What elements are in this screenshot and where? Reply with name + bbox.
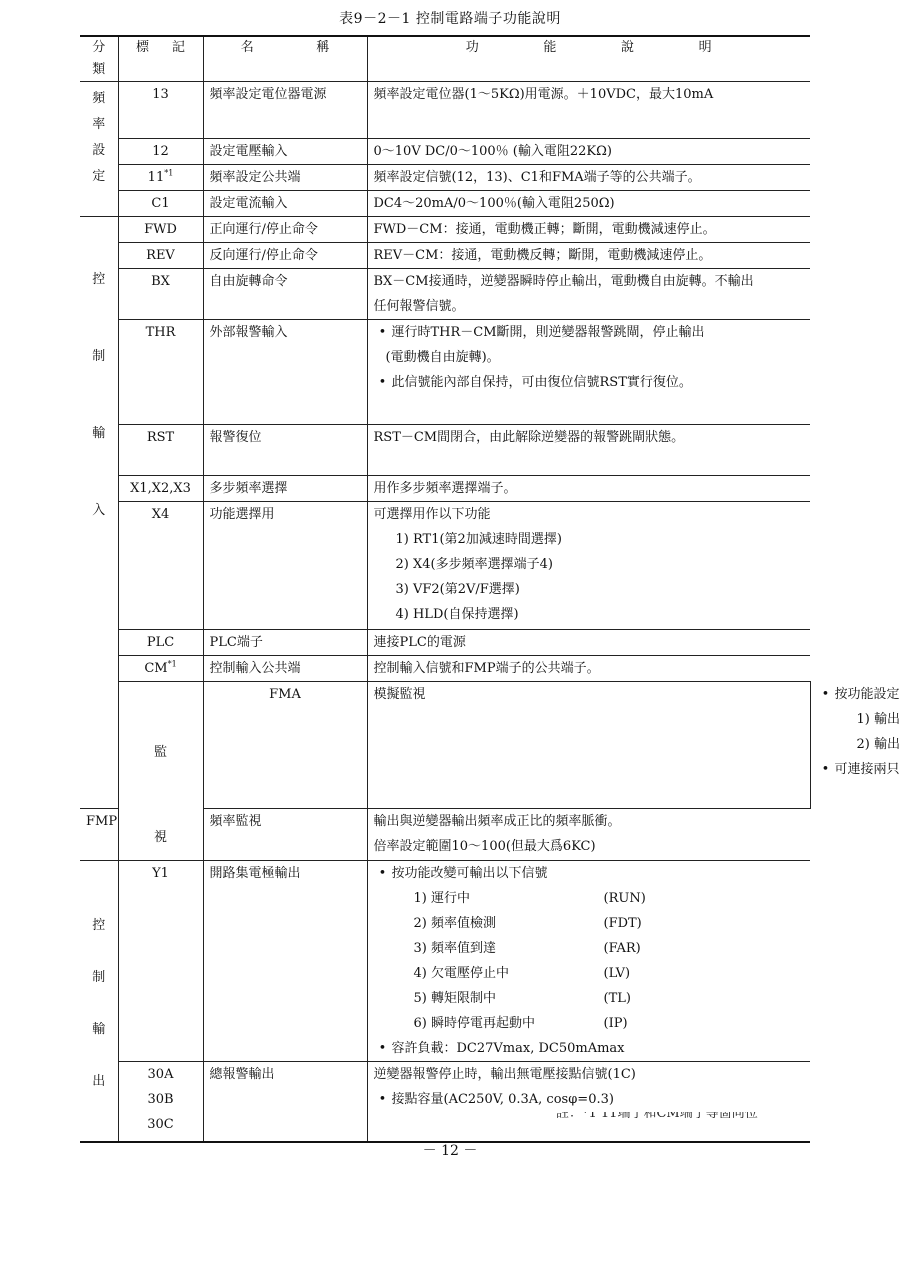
terminal-code: RST xyxy=(118,425,203,476)
function-line: 倍率設定範圍10～100(但最大爲6KC) xyxy=(374,834,805,859)
signal-label: 2) 頻率值檢測 xyxy=(414,911,604,936)
table-row: CM*1 控制輸入公共端 控制輸入信號和FMP端子的公共端子。 xyxy=(80,656,810,682)
table-row: 12 設定電壓輸入 0～10V DC/0～100％ (輸入電阻22KΩ) xyxy=(80,139,810,165)
signal-abbr: (IP) xyxy=(604,1016,628,1031)
function-line: 任何報警信號。 xyxy=(374,294,805,319)
table-row: REV 反向運行/停止命令 REV－CM：接通，電動機反轉；斷開，電動機減速停止… xyxy=(80,243,810,269)
function-line: FWD－CM：接通，電動機正轉；斷開，電動機減速停止。 xyxy=(374,217,805,242)
terminal-name: 頻率監視 xyxy=(203,809,367,861)
terminal-name: PLC端子 xyxy=(203,630,367,656)
terminal-function: BX－CM接通時，逆變器瞬時停止輸出，電動機自由旋轉。不輸出 任何報警信號。 xyxy=(367,269,810,320)
function-line: BX－CM接通時，逆變器瞬時停止輸出，電動機自由旋轉。不輸出 xyxy=(374,269,805,294)
terminal-function: 按功能改變可輸出以下信號 1) 運行中(RUN) 2) 頻率值檢測(FDT) 3… xyxy=(367,861,810,1062)
function-option: 1) 輸出頻率 xyxy=(857,707,900,732)
terminal-name: 多步頻率選擇 xyxy=(203,476,367,502)
category-char: 控 xyxy=(92,913,105,938)
category-control-input: 控 制 輸 入 xyxy=(80,217,118,809)
table-row: 監 視 FMA 模擬監視 按功能設定可輸出以下信號的直流電壓 1) 輸出頻率3)… xyxy=(80,682,810,809)
function-bullet-line: 容許負載：DC27Vmax, DC50mAmax xyxy=(374,1036,805,1061)
terminal-function: REV－CM：接通，電動機反轉；斷開，電動機減速停止。 xyxy=(367,243,810,269)
signal-label: 6) 瞬時停電再起動中 xyxy=(414,1011,604,1036)
table-row: PLC PLC端子 連接PLC的電源 xyxy=(80,630,810,656)
signal-abbr: (LV) xyxy=(604,966,631,981)
function-option-pair: 1) 輸出頻率3) 輸出轉矩 xyxy=(817,707,857,732)
function-line: RST－CM間閉合，由此解除逆變器的報警跳閘狀態。 xyxy=(374,425,805,450)
signal-label: 1) 運行中 xyxy=(414,886,604,911)
signal-item: 1) 運行中(RUN) xyxy=(374,886,805,911)
function-line: 輸出與逆變器輸出頻率成正比的頻率脈衝。 xyxy=(374,809,805,834)
category-char: 輸 xyxy=(92,421,105,446)
terminal-code: FMA xyxy=(203,682,367,809)
terminal-code: FWD xyxy=(118,217,203,243)
terminal-name: 功能選擇用 xyxy=(203,502,367,630)
function-bullet-line: 接點容量(AC250V, 0.3A, cosφ=0.3) xyxy=(374,1087,805,1112)
terminal-code: BX xyxy=(118,269,203,320)
category-char: 入 xyxy=(92,498,105,523)
function-option: 4) HLD(自保持選擇) xyxy=(374,602,805,627)
signal-abbr: (RUN) xyxy=(604,891,646,906)
header-name: 名稱 xyxy=(203,36,367,82)
terminal-function: 可選擇用作以下功能 1) RT1(第2加減速時間選擇) 2) X4(多步頻率選擇… xyxy=(367,502,810,630)
signal-item: 3) 頻率值到達(FAR) xyxy=(374,936,805,961)
function-line: 0～10V DC/0～100％ (輸入電阻22KΩ) xyxy=(374,139,805,164)
terminal-name: 設定電壓輸入 xyxy=(203,139,367,165)
terminal-name: 外部報警輸入 xyxy=(203,320,367,425)
terminal-function: 逆變器報警停止時，輸出無電壓接點信號(1C) 接點容量(AC250V, 0.3A… xyxy=(367,1062,810,1142)
signal-item: 6) 瞬時停電再起動中(IP) xyxy=(374,1011,805,1036)
table-row: C1 設定電流輸入 DC4～20mA/0～100％(輸入電阻250Ω) xyxy=(80,191,810,217)
table-row: 控 制 輸 出 Y1 開路集電極輸出 按功能改變可輸出以下信號 1) 運行中(R… xyxy=(80,861,810,1062)
table-header-row: 分類 標記 名稱 功能說明 xyxy=(80,36,810,82)
signal-item: 5) 轉矩限制中(TL) xyxy=(374,986,805,1011)
function-bullet-line: 運行時THR－CM斷開，則逆變器報警跳閘，停止輸出 xyxy=(374,320,805,345)
table-row: 控 制 輸 入 FWD 正向運行/停止命令 FWD－CM：接通，電動機正轉；斷開… xyxy=(80,217,810,243)
footnote-marker: *1 xyxy=(164,169,173,178)
terminal-name: 頻率設定公共端 xyxy=(203,165,367,191)
terminal-name: 控制輸入公共端 xyxy=(203,656,367,682)
function-line: 用作多步頻率選擇端子。 xyxy=(374,476,805,501)
header-category: 分類 xyxy=(80,36,118,82)
table-row: BX 自由旋轉命令 BX－CM接通時，逆變器瞬時停止輸出，電動機自由旋轉。不輸出… xyxy=(80,269,810,320)
table-row: X1,X2,X3 多步頻率選擇 用作多步頻率選擇端子。 xyxy=(80,476,810,502)
terminal-function: 頻率設定電位器(1～5KΩ)用電源。＋10VDC，最大10mA xyxy=(367,82,810,139)
terminal-name: 報警復位 xyxy=(203,425,367,476)
function-bullet-line: 按功能改變可輸出以下信號 xyxy=(374,861,805,886)
terminal-code: 12 xyxy=(118,139,203,165)
header-code-char: 標 xyxy=(136,37,149,59)
function-line: (電動機自由旋轉)。 xyxy=(374,345,805,370)
signal-item: 4) 欠電壓停止中(LV) xyxy=(374,961,805,986)
header-function-char: 說 xyxy=(621,37,634,59)
terminal-name: 自由旋轉命令 xyxy=(203,269,367,320)
category-char: 設 xyxy=(92,138,105,164)
terminal-function: 頻率設定信號(12，13)、C1和FMA端子等的公共端子。 xyxy=(367,165,810,191)
header-function: 功能說明 xyxy=(367,36,810,82)
terminal-code: REV xyxy=(118,243,203,269)
header-function-char: 功 xyxy=(466,37,479,59)
footnote-clipped: 註：*1 11端子和CM端子等箇同位 xyxy=(556,1112,758,1118)
terminal-code: X1,X2,X3 xyxy=(118,476,203,502)
terminal-function: 連接PLC的電源 xyxy=(367,630,810,656)
terminal-name: 總報警輸出 xyxy=(203,1062,367,1142)
signal-label: 3) 頻率值到達 xyxy=(414,936,604,961)
header-code: 標記 xyxy=(118,36,203,82)
table-row: X4 功能選擇用 可選擇用作以下功能 1) RT1(第2加減速時間選擇) 2) … xyxy=(80,502,810,630)
function-option: 2) 輸出電流 xyxy=(857,732,900,757)
function-option: 1) RT1(第2加減速時間選擇) xyxy=(374,527,805,552)
function-line: REV－CM：接通，電動機反轉；斷開，電動機減速停止。 xyxy=(374,243,805,268)
terminal-function: 0～10V DC/0～100％ (輸入電阻22KΩ) xyxy=(367,139,810,165)
signal-label: 5) 轉矩限制中 xyxy=(414,986,604,1011)
category-char: 監 xyxy=(154,740,167,765)
category-freq-setting: 頻 率 設 定 xyxy=(80,82,118,217)
terminal-function: DC4～20mA/0～100％(輸入電阻250Ω) xyxy=(367,191,810,217)
code-text: 30A xyxy=(125,1062,197,1087)
terminal-name: 開路集電極輸出 xyxy=(203,861,367,1062)
function-bullet-line: 此信號能內部自保持，可由復位信號RST實行復位。 xyxy=(374,370,805,395)
header-function-char: 能 xyxy=(543,37,556,59)
function-option: 2) X4(多步頻率選擇端子4) xyxy=(374,552,805,577)
function-option-pair: 2) 輸出電流4) 負載率 xyxy=(817,732,857,757)
category-char: 輸 xyxy=(92,1017,105,1042)
function-line: 可選擇用作以下功能 xyxy=(374,502,805,527)
function-line: 逆變器報警停止時，輸出無電壓接點信號(1C) xyxy=(374,1062,805,1087)
footnote-marker: *1 xyxy=(168,660,177,669)
table-row: RST 報警復位 RST－CM間閉合，由此解除逆變器的報警跳閘狀態。 xyxy=(80,425,810,476)
signal-abbr: (TL) xyxy=(604,991,631,1006)
footnote-text: 註：*1 11端子和CM端子等箇同位 xyxy=(556,1112,758,1118)
signal-label: 4) 欠電壓停止中 xyxy=(414,961,604,986)
category-char: 出 xyxy=(92,1069,105,1094)
category-char: 視 xyxy=(154,825,167,850)
table-row: 11*1 頻率設定公共端 頻率設定信號(12，13)、C1和FMA端子等的公共端… xyxy=(80,165,810,191)
terminal-code: CM*1 xyxy=(118,656,203,682)
terminal-function: 運行時THR－CM斷開，則逆變器報警跳閘，停止輸出 (電動機自由旋轉)。 此信號… xyxy=(367,320,810,425)
category-monitor: 監 視 xyxy=(118,682,203,861)
terminal-name: 正向運行/停止命令 xyxy=(203,217,367,243)
terminal-code: THR xyxy=(118,320,203,425)
function-option: 3) VF2(第2V/F選擇) xyxy=(374,577,805,602)
table-row: THR 外部報警輸入 運行時THR－CM斷開，則逆變器報警跳閘，停止輸出 (電動… xyxy=(80,320,810,425)
terminal-function-table: 分類 標記 名稱 功能說明 頻 率 設 定 13 頻率設定電位器電源 頻率設定電… xyxy=(80,35,810,1143)
terminal-name: 模擬監視 xyxy=(367,682,810,809)
code-text: 11 xyxy=(148,170,165,185)
header-code-char: 記 xyxy=(172,37,185,59)
terminal-function: 用作多步頻率選擇端子。 xyxy=(367,476,810,502)
function-line: 連接PLC的電源 xyxy=(374,630,805,655)
category-char: 率 xyxy=(92,112,105,138)
category-char: 制 xyxy=(92,965,105,990)
terminal-function: FWD－CM：接通，電動機正轉；斷開，電動機減速停止。 xyxy=(367,217,810,243)
header-name-char: 稱 xyxy=(316,37,329,59)
function-line: 頻率設定信號(12，13)、C1和FMA端子等的公共端子。 xyxy=(374,165,805,190)
terminal-function: 控制輸入信號和FMP端子的公共端子。 xyxy=(367,656,810,682)
code-text: 30C xyxy=(125,1112,197,1137)
header-function-char: 明 xyxy=(699,37,712,59)
terminal-name: 頻率設定電位器電源 xyxy=(203,82,367,139)
page-number: － 12 － xyxy=(0,1140,900,1160)
terminal-name: 設定電流輸入 xyxy=(203,191,367,217)
category-char: 制 xyxy=(92,344,105,369)
terminal-code: 30A 30B 30C xyxy=(118,1062,203,1142)
category-char: 頻 xyxy=(92,86,105,112)
category-control-output: 控 制 輸 出 xyxy=(80,861,118,1142)
header-category-label: 分類 xyxy=(92,40,105,77)
code-text: 30B xyxy=(125,1087,197,1112)
terminal-function: RST－CM間閉合，由此解除逆變器的報警跳閘狀態。 xyxy=(367,425,810,476)
signal-abbr: (FDT) xyxy=(604,916,642,931)
function-line: 控制輸入信號和FMP端子的公共端子。 xyxy=(374,656,805,681)
terminal-name: 反向運行/停止命令 xyxy=(203,243,367,269)
category-char: 定 xyxy=(92,164,105,190)
terminal-function: 輸出與逆變器輸出頻率成正比的頻率脈衝。 倍率設定範圍10～100(但最大爲6KC… xyxy=(367,809,810,861)
signal-item: 2) 頻率值檢測(FDT) xyxy=(374,911,805,936)
function-line: DC4～20mA/0～100％(輸入電阻250Ω) xyxy=(374,191,805,216)
terminal-code: FMP xyxy=(80,809,118,861)
function-line: 頻率設定電位器(1～5KΩ)用電源。＋10VDC，最大10mA xyxy=(374,82,805,107)
terminal-code: Y1 xyxy=(118,861,203,1062)
table-row: 30A 30B 30C 總報警輸出 逆變器報警停止時，輸出無電壓接點信號(1C)… xyxy=(80,1062,810,1142)
table-title: 表9－2－1 控制電路端子功能說明 xyxy=(0,8,900,28)
category-char: 控 xyxy=(92,267,105,292)
table-row: 頻 率 設 定 13 頻率設定電位器電源 頻率設定電位器(1～5KΩ)用電源。＋… xyxy=(80,82,810,139)
terminal-code: X4 xyxy=(118,502,203,630)
code-text: CM xyxy=(144,661,167,676)
terminal-code: PLC xyxy=(118,630,203,656)
terminal-code: C1 xyxy=(118,191,203,217)
header-name-char: 名 xyxy=(241,37,254,59)
terminal-code: 13 xyxy=(118,82,203,139)
signal-abbr: (FAR) xyxy=(604,941,641,956)
terminal-code: 11*1 xyxy=(118,165,203,191)
